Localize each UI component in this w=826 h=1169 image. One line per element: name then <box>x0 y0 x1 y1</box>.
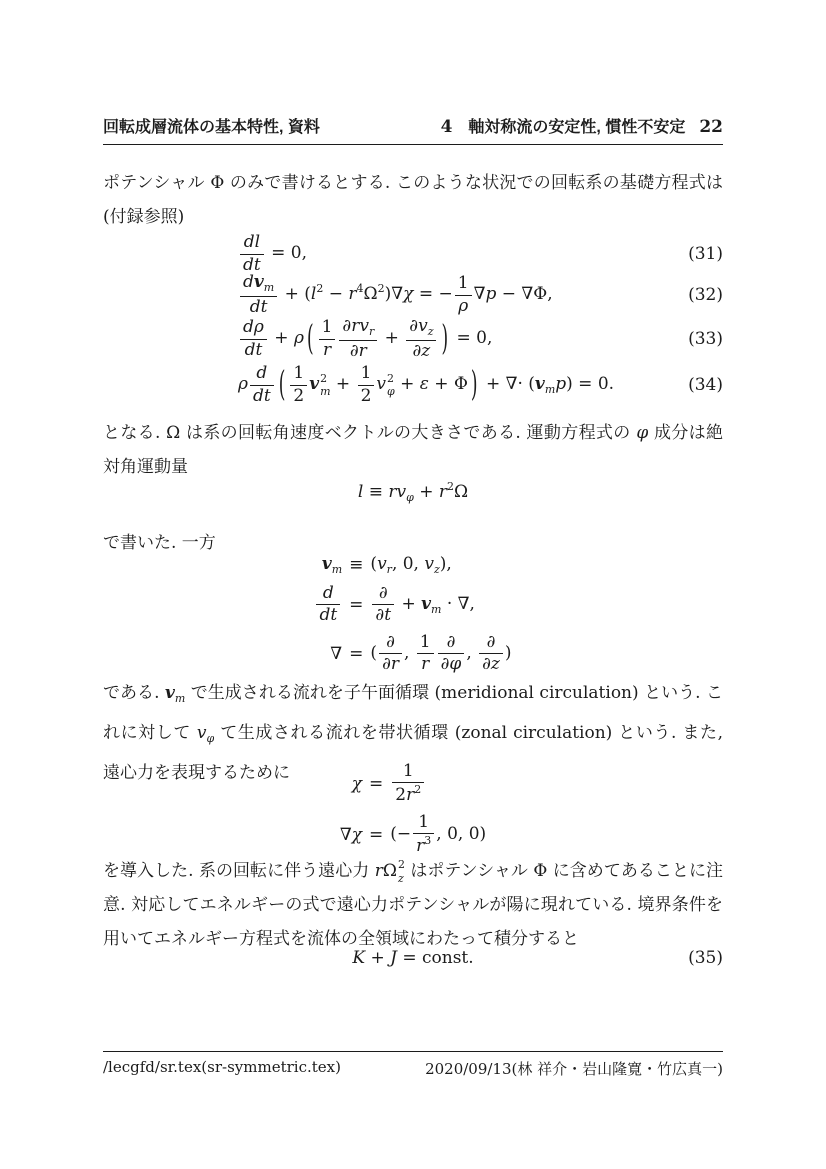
footer-date-authors: 2020/09/13(林 祥介・岩山隆寛・竹広真一) <box>425 1058 723 1079</box>
equation-number-31: (31) <box>688 244 723 264</box>
chi-row1-relation: = <box>362 774 390 794</box>
equation-number-33: (33) <box>688 329 723 349</box>
footer-file-path: /lecgfd/sr.tex(sr-symmetric.tex) <box>103 1058 341 1079</box>
vm-row2-lhs: ddt <box>314 584 342 625</box>
equation-32-math: dvmdt + (l2 − r4Ω2)∇χ = −1ρ∇p − ∇Φ, <box>238 273 553 316</box>
equation-number-34: (34) <box>688 375 723 395</box>
page-footer: /lecgfd/sr.tex(sr-symmetric.tex) 2020/09… <box>103 1058 723 1079</box>
vm-row2-rhs: ∂∂t + vm · ∇, <box>370 584 475 625</box>
header-right-group: 4 軸対称流の安定性, 慣性不安定 22 <box>441 114 723 137</box>
chi-row2-lhs: ∇χ <box>340 825 362 845</box>
chi-row2-relation: = <box>362 825 390 845</box>
vm-row1-lhs: vm <box>322 554 342 576</box>
equation-block-chi: χ = 12r2 ∇χ = (−1r3, 0, 0) <box>103 762 723 856</box>
footer-rule <box>103 1051 723 1052</box>
header-section-number: 4 <box>441 117 453 137</box>
equation-31-math: dldt = 0, <box>238 233 307 274</box>
header-section-title: 軸対称流の安定性, 慣性不安定 <box>468 114 685 137</box>
paragraph-centrifugal: を導入した. 系の回転に伴う遠心力 rΩ2z はポテンシャル Φ に含めてあるこ… <box>103 854 723 956</box>
equation-35: K + J = const. (35) <box>103 942 723 974</box>
equation-31: dldt = 0, (31) <box>238 236 723 272</box>
equation-32: dvmdt + (l2 − r4Ω2)∇χ = −1ρ∇p − ∇Φ, (32) <box>238 272 723 318</box>
paragraph-angular-momentum: となる. Ω は系の回転角速度ベクトルの大きさである. 運動方程式の φ 成分は… <box>103 416 723 484</box>
vm-row1-rhs: (vr, 0, vz), <box>370 554 451 576</box>
equation-35-math: K + J = const. <box>352 948 473 968</box>
vm-row3-lhs: ∇ <box>330 644 342 664</box>
chi-row2-rhs: (−1r3, 0, 0) <box>390 813 486 856</box>
equation-number-32: (32) <box>688 285 723 305</box>
equation-l-definition: l ≡ rvφ + r2Ω <box>103 476 723 508</box>
vm-row3-rhs: (∂∂r, 1r∂∂φ, ∂∂z) <box>370 633 511 674</box>
equation-block-vm: vm ≡ (vr, 0, vz), ddt = ∂∂t + vm · ∇, ∇ … <box>103 554 723 674</box>
header-doc-title: 回転成層流体の基本特性, 資料 <box>103 114 320 137</box>
equation-l-definition-math: l ≡ rvφ + r2Ω <box>358 480 468 504</box>
header-page-number: 22 <box>699 117 723 137</box>
equation-33-math: dρdt + ρ(1r∂rvr∂r + ∂vz∂z) = 0, <box>238 317 492 360</box>
equation-block-vm-grid: vm ≡ (vr, 0, vz), ddt = ∂∂t + vm · ∇, ∇ … <box>314 554 511 674</box>
paragraph-potential-intro: ポテンシャル Φ のみで書けるとする. このような状況での回転系の基礎方程式は … <box>103 166 723 234</box>
equation-34: ρddt(12v2m + 12v2φ + ε + Φ) + ∇· (vmp) =… <box>238 360 723 410</box>
chi-row1-lhs: χ <box>352 774 362 794</box>
chi-row1-rhs: 12r2 <box>390 762 426 805</box>
vm-row2-relation: = <box>342 595 370 615</box>
header-rule <box>103 144 723 145</box>
document-page: 回転成層流体の基本特性, 資料 4 軸対称流の安定性, 慣性不安定 22 ポテン… <box>0 0 826 1169</box>
equation-number-35: (35) <box>688 948 723 968</box>
vm-row3-relation: = <box>342 644 370 664</box>
page-header: 回転成層流体の基本特性, 資料 4 軸対称流の安定性, 慣性不安定 22 <box>103 114 723 137</box>
equation-block-chi-grid: χ = 12r2 ∇χ = (−1r3, 0, 0) <box>340 762 486 856</box>
equation-33: dρdt + ρ(1r∂rvr∂r + ∂vz∂z) = 0, (33) <box>238 316 723 362</box>
vm-row1-relation: ≡ <box>342 555 370 575</box>
equation-34-math: ρddt(12v2m + 12v2φ + ε + Φ) + ∇· (vmp) =… <box>238 364 614 405</box>
